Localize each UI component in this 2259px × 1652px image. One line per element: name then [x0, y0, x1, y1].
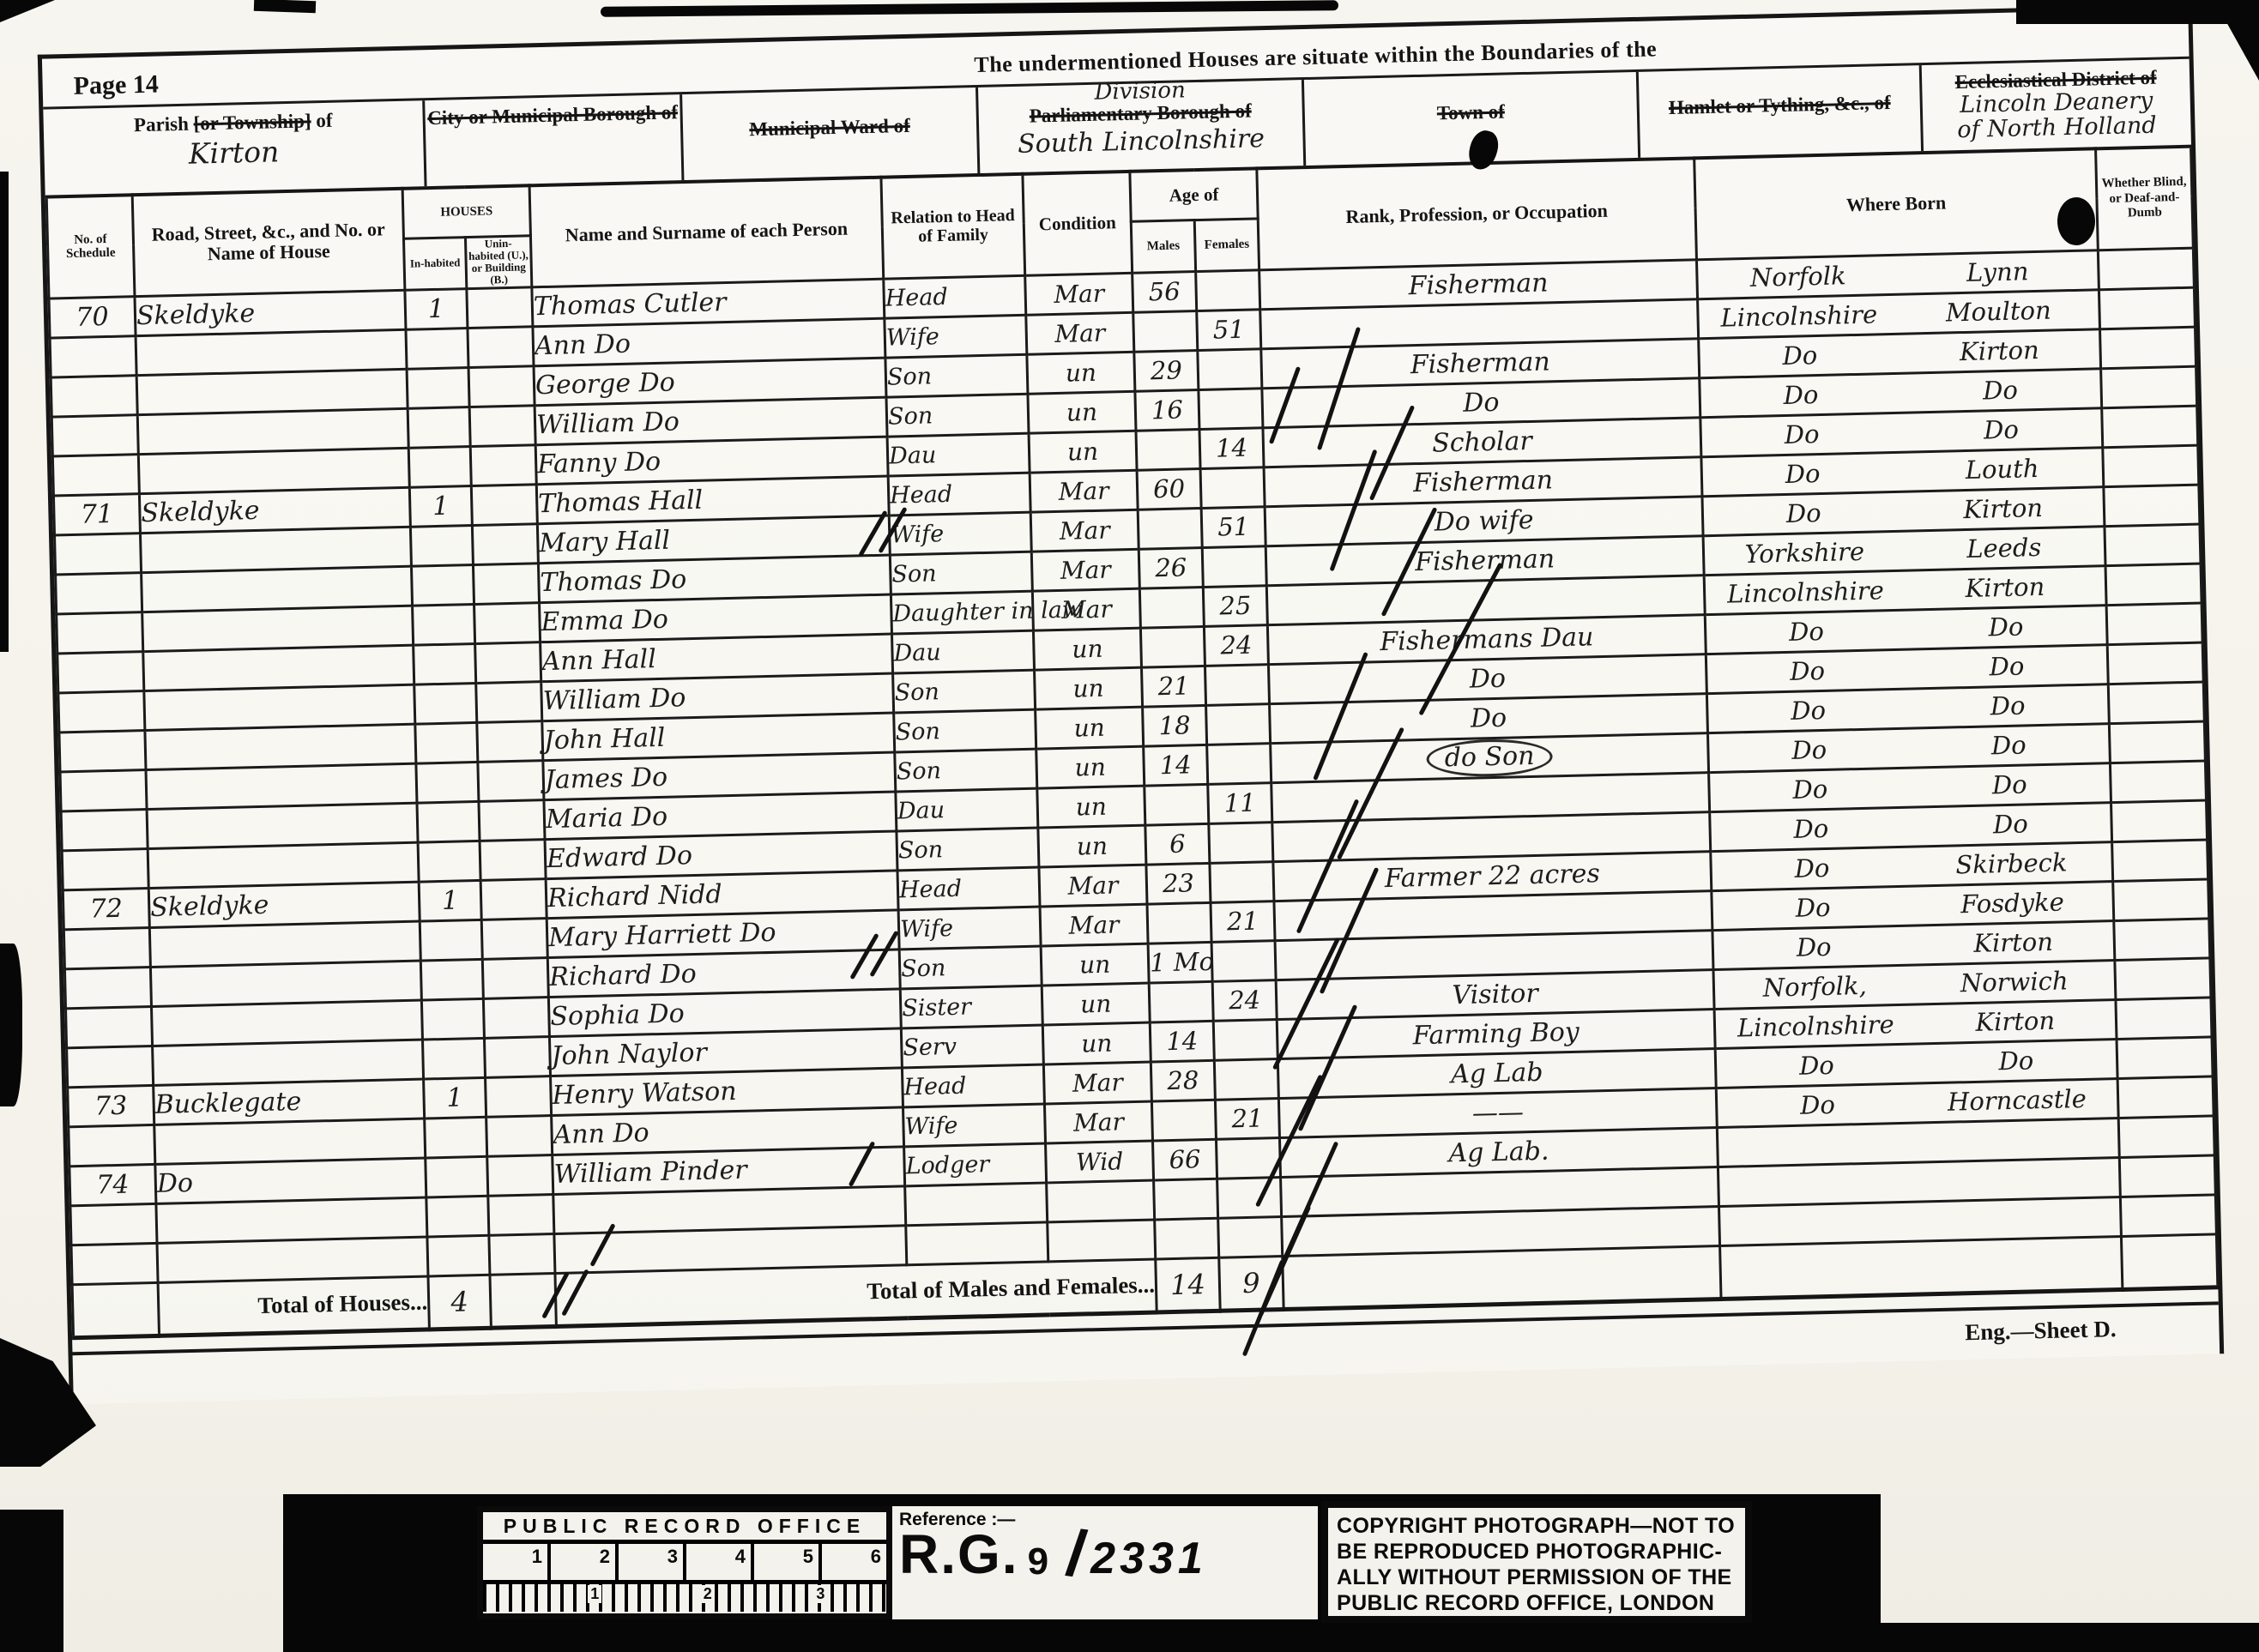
- cell-relation: Head: [888, 473, 1030, 515]
- cell-schedule: 73: [68, 1085, 154, 1126]
- scan-artifact: [0, 172, 9, 652]
- ruler-cm-number: 2: [701, 1585, 715, 1603]
- cell-inhabited: [415, 722, 478, 763]
- copyright-line: PUBLIC RECORD OFFICE, LONDON: [1337, 1590, 1737, 1616]
- cell-address: [153, 1040, 424, 1085]
- cell-uninhabited: [486, 1076, 552, 1117]
- cell-schedule: [56, 572, 142, 613]
- cell-schedule: [51, 414, 138, 455]
- cell-uninhabited: [481, 918, 547, 959]
- cell-age_f: [1199, 388, 1263, 429]
- cell-schedule: [64, 967, 151, 1008]
- cell-inhabited: 1: [409, 485, 472, 527]
- col-header-houses: HOUSES: [402, 185, 530, 238]
- ruler-inch-scale: 1 2 3 4 5 6: [483, 1544, 886, 1584]
- cell-infirm: [2113, 879, 2209, 921]
- cell-age_m: [1133, 311, 1198, 352]
- col-header-condition: Condition: [1023, 172, 1133, 275]
- field-city-borough: City or Municipal Borough of: [425, 94, 684, 186]
- cell-age_f: [1218, 1216, 1283, 1257]
- cell-age_f: [1202, 546, 1266, 587]
- cell-address: [136, 329, 407, 375]
- ruler-inch-number: 3: [619, 1544, 686, 1580]
- total-houses-label: Total of Houses...: [158, 1276, 429, 1335]
- cell-address: [148, 842, 419, 888]
- cell-schedule: 74: [69, 1164, 156, 1205]
- cell-schedule: [61, 809, 148, 850]
- cell-age_f: [1209, 822, 1273, 863]
- reference-piece: 2331: [1090, 1536, 1207, 1581]
- cell-inhabited: [420, 959, 483, 1000]
- field-parish: Parish [or Township] of Kirton: [43, 100, 426, 195]
- total-houses-value: 4: [428, 1275, 491, 1329]
- cell-relation: Son: [886, 394, 1029, 437]
- cell-inhabited: 1: [424, 1077, 486, 1118]
- cell-address: [145, 724, 416, 769]
- cell-uninhabited: [486, 1115, 553, 1156]
- cell-uninhabited: [475, 642, 541, 683]
- cell-condition: Mar: [1043, 1062, 1151, 1104]
- cell-age_m: 60: [1137, 468, 1201, 509]
- cell-condition: Mar: [1025, 273, 1133, 315]
- reference-slash: /: [1064, 1528, 1089, 1582]
- cell-inhabited: [413, 604, 475, 645]
- cell-address: [147, 803, 418, 848]
- cell-uninhabited: [479, 799, 545, 841]
- cell-inhabited: [408, 446, 471, 487]
- cell-address: Skeldyke: [135, 290, 406, 335]
- col-header-relation: Relation to Head of Family: [881, 174, 1025, 279]
- cell-relation: [906, 1222, 1048, 1265]
- totals-empty-born: [1720, 1236, 2123, 1299]
- cell-schedule: [69, 1124, 155, 1166]
- cell-address: [138, 448, 409, 493]
- cell-infirm: [2098, 248, 2194, 290]
- cell-address: [149, 921, 420, 967]
- cell-inhabited: [414, 643, 476, 684]
- col-header-occupation: Rank, Profession, or Occupation: [1257, 158, 1697, 269]
- total-males-value: 14: [1156, 1257, 1220, 1312]
- cell-age_m: 16: [1135, 389, 1199, 431]
- cell-inhabited: [422, 1038, 485, 1079]
- parish-label-struck: [or Township]: [193, 110, 311, 134]
- cell-infirm: [2117, 1076, 2214, 1118]
- cell-inhabited: [411, 564, 474, 606]
- cell-schedule: [51, 375, 137, 416]
- cell-address: [137, 408, 408, 454]
- cell-condition: un: [1037, 786, 1145, 828]
- cell-inhabited: [417, 801, 480, 842]
- cell-age_m: 14: [1150, 1021, 1214, 1062]
- col-header-males: Males: [1131, 220, 1195, 273]
- cell-relation: [905, 1183, 1048, 1226]
- cell-age_m: [1138, 508, 1202, 549]
- cell-condition: Mar: [1039, 865, 1147, 907]
- cell-condition: Wid: [1046, 1141, 1154, 1183]
- cell-infirm: [2099, 287, 2195, 329]
- city-borough-label: City or Municipal Borough of: [425, 101, 680, 130]
- cell-schedule: [70, 1203, 157, 1245]
- cell-relation: Son: [893, 670, 1036, 713]
- cell-relation: Son: [885, 354, 1028, 397]
- cell-age_f: 24: [1204, 624, 1268, 666]
- census-table: No. of Schedule Road, Street, &c., and N…: [45, 145, 2220, 1340]
- cell-relation: Head: [902, 1064, 1044, 1107]
- col-header-name: Name and Surname of each Person: [529, 178, 884, 287]
- copyright-line: BE REPRODUCED PHOTOGRAPHIC-: [1337, 1539, 1737, 1565]
- cell-address: [142, 566, 413, 612]
- cell-relation: Wife: [885, 315, 1027, 358]
- cell-uninhabited: [469, 405, 535, 446]
- totals-empty-occupation: [1283, 1245, 1721, 1309]
- col-header-females: Females: [1194, 218, 1259, 271]
- ruler-inch-number: 5: [754, 1544, 822, 1580]
- cell-age_m: 21: [1142, 666, 1206, 707]
- cell-age_m: [1149, 981, 1213, 1022]
- cell-address: [157, 1237, 428, 1282]
- cell-schedule: 72: [63, 888, 149, 929]
- municipal-ward-label: Municipal Ward of: [682, 94, 976, 142]
- cell-uninhabited: [477, 720, 543, 762]
- cell-inhabited: [421, 998, 484, 1040]
- cell-relation: Serv: [901, 1025, 1043, 1068]
- cell-age_m: [1140, 626, 1205, 667]
- cell-age_m: 23: [1146, 863, 1211, 904]
- cell-schedule: [63, 927, 150, 968]
- field-hamlet: Hamlet or Tything, &c., of: [1639, 65, 1924, 158]
- col-header-schedule: No. of Schedule: [46, 195, 135, 298]
- cell-condition: Mar: [1030, 470, 1138, 512]
- cell-inhabited: [416, 762, 479, 803]
- ruler-inch-number: 2: [551, 1544, 619, 1580]
- cell-address: [154, 1118, 426, 1164]
- cell-inhabited: [426, 1196, 489, 1237]
- cell-relation: Head: [884, 275, 1026, 318]
- cell-age_f: 51: [1197, 310, 1261, 351]
- cell-age_m: 66: [1153, 1139, 1217, 1180]
- cell-condition: un: [1027, 352, 1135, 394]
- cell-infirm: [2120, 1195, 2216, 1237]
- cell-inhabited: [406, 328, 468, 369]
- pro-ruler-stamp: PUBLIC RECORD OFFICE 1 2 3 4 5 6 1 2 3: [477, 1506, 892, 1619]
- cell-condition: un: [1033, 628, 1141, 670]
- cell-schedule: 70: [49, 296, 136, 337]
- cell-schedule: [60, 769, 147, 811]
- cell-uninhabited: [467, 287, 533, 329]
- ruler-inch-number: 6: [822, 1544, 886, 1580]
- cell-age_m: 6: [1145, 823, 1210, 865]
- ruler-cm-scale: 1 2 3: [483, 1584, 886, 1612]
- cell-relation: Son: [897, 828, 1039, 871]
- cell-uninhabited: [474, 602, 541, 643]
- cell-uninhabited: [478, 760, 544, 801]
- page-number-label: Page 14: [42, 63, 443, 107]
- scan-artifact: [0, 944, 22, 1106]
- reference-class: 9: [1028, 1543, 1048, 1581]
- cell-age_f: [1198, 348, 1262, 389]
- cell-schedule: [58, 690, 145, 732]
- cell-inhabited: [425, 1117, 487, 1158]
- cell-schedule: [66, 1006, 153, 1047]
- cell-schedule: [57, 651, 144, 692]
- cell-age_m: [1136, 429, 1200, 470]
- col-header-infirm: Whether Blind, or Deaf-and-Dumb: [2096, 147, 2194, 250]
- field-ecclesiastical: Ecclesiastical District of Lincoln Deane…: [1922, 59, 2191, 151]
- cell-condition: Mar: [1044, 1101, 1152, 1143]
- cell-infirm: [2109, 721, 2205, 763]
- cell-condition: Mar: [1026, 312, 1134, 354]
- cell-infirm: [2119, 1155, 2215, 1197]
- cell-infirm: [2117, 1037, 2213, 1079]
- totals-empty-infirm: [2121, 1234, 2217, 1290]
- ink-blot: [2057, 197, 2095, 245]
- cell-infirm: [2114, 919, 2210, 961]
- cell-age_f: 14: [1199, 427, 1264, 468]
- field-parliamentary: Division Parliamentary Borough of South …: [978, 80, 1306, 173]
- parliamentary-value: South Lincolnshire: [979, 124, 1303, 161]
- cell-infirm: [2103, 445, 2199, 487]
- cell-age_m: 14: [1144, 745, 1208, 786]
- cell-infirm: [2107, 642, 2203, 684]
- cell-condition: [1047, 1180, 1155, 1222]
- scan-artifact: [254, 0, 316, 13]
- cell-condition: un: [1038, 825, 1146, 867]
- cell-relation: Wife: [903, 1104, 1046, 1147]
- cell-uninhabited: [476, 681, 542, 722]
- cell-inhabited: 1: [419, 880, 481, 921]
- cell-age_m: [1151, 1100, 1216, 1141]
- cell-condition: un: [1036, 707, 1144, 749]
- cell-inhabited: [410, 525, 473, 566]
- col-header-born: Where Born: [1694, 148, 2099, 259]
- cell-relation: Dau: [887, 433, 1030, 476]
- cell-schedule: [50, 335, 136, 377]
- cell-age_m: 28: [1151, 1060, 1215, 1101]
- cell-age_f: [1214, 1058, 1278, 1100]
- cell-address: Do: [155, 1158, 426, 1203]
- cell-age_f: [1206, 703, 1271, 745]
- cell-age_f: [1211, 940, 1276, 981]
- cell-condition: un: [1042, 1022, 1151, 1064]
- cell-relation: Daughter in law: [891, 591, 1033, 634]
- cell-age_f: [1207, 743, 1271, 784]
- cell-address: [142, 606, 414, 651]
- cell-infirm: [2105, 524, 2201, 566]
- cell-uninhabited: [482, 957, 548, 998]
- cell-uninhabited: [488, 1194, 554, 1235]
- census-form: Page 14 The undermentioned Houses are si…: [38, 4, 2224, 1404]
- cell-uninhabited: [472, 523, 538, 564]
- col-header-inhabited: In-habited: [403, 237, 466, 290]
- cell-age_m: 18: [1143, 705, 1207, 746]
- cell-age_f: [1213, 1019, 1277, 1060]
- cell-age_f: 24: [1212, 980, 1277, 1021]
- cell-relation: Son: [890, 552, 1032, 594]
- cell-age_f: [1217, 1177, 1282, 1218]
- col-header-uninhabited: Unin-habited (U.), or Building (B.): [465, 235, 531, 288]
- parish-label-pre: Parish: [134, 113, 194, 136]
- cell-infirm: [2111, 800, 2208, 842]
- parish-label-post: of: [311, 110, 333, 132]
- cell-age_m: [1155, 1218, 1219, 1259]
- ruler-cm-number: 3: [813, 1585, 827, 1603]
- cell-schedule: [59, 730, 146, 771]
- cell-uninhabited: [489, 1233, 555, 1275]
- cell-age_m: 26: [1139, 547, 1203, 588]
- cell-schedule: [62, 848, 148, 889]
- ecclesiastical-value-line2: of North Holland: [1923, 112, 2191, 143]
- cell-address: [151, 1000, 422, 1046]
- cell-relation: Dau: [892, 630, 1035, 673]
- cell-age_f: [1205, 664, 1269, 705]
- cell-infirm: [2106, 603, 2202, 645]
- cell-condition: un: [1028, 391, 1136, 433]
- cell-address: Skeldyke: [139, 487, 410, 533]
- cell-inhabited: [420, 919, 482, 961]
- cell-infirm: [2118, 1116, 2214, 1158]
- cell-schedule: [57, 612, 143, 653]
- cell-address: Skeldyke: [148, 882, 420, 927]
- cell-relation: Lodger: [904, 1143, 1047, 1186]
- cell-relation: Wife: [889, 512, 1031, 555]
- cell-infirm: [2102, 406, 2198, 448]
- totals-empty-uninhabited: [490, 1273, 556, 1328]
- cell-address: [150, 961, 421, 1006]
- bottom-black-bar: [283, 1623, 2259, 1652]
- cell-address: [136, 369, 408, 414]
- reference-series: R.G.: [899, 1528, 1019, 1581]
- ruler-inch-number: 1: [483, 1544, 551, 1580]
- town-label: Town of: [1304, 79, 1637, 129]
- cell-age_f: 21: [1215, 1098, 1279, 1139]
- cell-uninhabited: [468, 326, 534, 367]
- cell-condition: Mar: [1040, 904, 1148, 946]
- cell-inhabited: [408, 407, 470, 448]
- cell-inhabited: [407, 367, 469, 408]
- cell-uninhabited: [473, 563, 539, 604]
- ruler-inch-number: 4: [686, 1544, 754, 1580]
- cell-address: [156, 1197, 427, 1243]
- cell-schedule: [71, 1243, 158, 1284]
- hamlet-label: Hamlet or Tything, &c., of: [1639, 72, 1920, 120]
- cell-age_f: 51: [1201, 506, 1265, 547]
- cell-inhabited: [427, 1235, 490, 1276]
- cell-address: Bucklegate: [154, 1079, 425, 1124]
- cell-age_f: 11: [1208, 782, 1272, 823]
- cell-schedule: [55, 533, 142, 574]
- cell-address: [143, 645, 414, 690]
- cell-uninhabited: [487, 1155, 553, 1196]
- scan-artifact: [0, 1510, 63, 1652]
- cell-relation: Wife: [898, 907, 1041, 950]
- cell-age_m: 29: [1134, 350, 1199, 391]
- cell-infirm: [2112, 840, 2208, 882]
- cell-inhabited: [414, 683, 477, 724]
- cell-condition: un: [1041, 944, 1149, 986]
- census-rows: 70Skeldyke1Thomas CutlerHeadMar56Fisherm…: [49, 248, 2216, 1285]
- cell-uninhabited: [471, 484, 537, 525]
- cell-address: [146, 763, 417, 809]
- ruler-cm-number: 1: [588, 1585, 601, 1603]
- cell-age_m: [1154, 1179, 1218, 1220]
- cell-inhabited: 1: [405, 288, 468, 329]
- cell-schedule: 71: [53, 493, 140, 534]
- cell-infirm: [2104, 485, 2200, 527]
- cell-infirm: [2116, 998, 2212, 1040]
- cell-relation: Sister: [900, 986, 1042, 1028]
- cell-condition: Mar: [1031, 549, 1139, 591]
- cell-age_m: 1 Mo: [1148, 942, 1212, 983]
- cell-age_m: 56: [1133, 271, 1197, 312]
- cell-address: [144, 684, 415, 730]
- cell-infirm: [2100, 327, 2196, 369]
- cell-age_f: [1200, 467, 1265, 508]
- copyright-line: COPYRIGHT PHOTOGRAPH—NOT TO: [1337, 1513, 1737, 1539]
- cell-age_f: [1210, 861, 1274, 902]
- reference-number: R.G. 9 / 2331: [899, 1528, 1311, 1581]
- reference-stamp: Reference :— R.G. 9 / 2331: [892, 1506, 1318, 1619]
- parish-value: Kirton: [44, 132, 424, 174]
- cell-schedule: [67, 1046, 154, 1087]
- cell-condition: [1048, 1220, 1156, 1262]
- cell-age_f: 21: [1211, 901, 1275, 942]
- cell-uninhabited: [468, 365, 535, 407]
- cell-age_m: [1145, 784, 1209, 825]
- field-municipal-ward: Municipal Ward of: [682, 87, 980, 180]
- cell-infirm: [2110, 761, 2206, 803]
- cell-address: [140, 527, 411, 572]
- cell-relation: Dau: [896, 788, 1038, 831]
- cell-age_m: [1139, 587, 1204, 628]
- copyright-line: ALLY WITHOUT PERMISSION OF THE: [1337, 1565, 1737, 1590]
- cell-uninhabited: [483, 997, 549, 1038]
- totals-empty-schedule: [72, 1282, 159, 1337]
- cell-uninhabited: [470, 444, 536, 485]
- cell-schedule: [52, 454, 139, 495]
- cell-condition: Mar: [1030, 509, 1139, 552]
- cell-relation: Son: [899, 946, 1042, 989]
- cell-age_f: 25: [1203, 585, 1267, 626]
- cell-uninhabited: [484, 1036, 550, 1077]
- col-header-age: Age of: [1130, 168, 1258, 220]
- cell-uninhabited: [480, 878, 547, 919]
- cell-relation: Son: [894, 709, 1036, 752]
- copyright-stamp: COPYRIGHT PHOTOGRAPH—NOT TO BE REPRODUCE…: [1321, 1501, 1752, 1623]
- cell-condition: un: [1029, 431, 1137, 473]
- scan-artifact: [2016, 0, 2259, 24]
- cell-infirm: [2115, 958, 2211, 1000]
- cell-relation: Son: [895, 749, 1037, 792]
- cell-infirm: [2105, 564, 2202, 606]
- cell-age_m: [1147, 902, 1211, 944]
- cell-inhabited: [418, 841, 480, 882]
- cell-condition: un: [1042, 983, 1150, 1025]
- cell-infirm: [2108, 682, 2204, 724]
- cell-infirm: [2101, 366, 2197, 408]
- col-header-road: Road, Street, &c., and No. or Name of Ho…: [132, 189, 405, 297]
- cell-condition: un: [1036, 746, 1145, 788]
- cell-age_f: [1196, 270, 1260, 311]
- cell-uninhabited: [480, 839, 546, 880]
- cell-inhabited: [426, 1156, 488, 1197]
- cell-relation: Head: [897, 867, 1040, 910]
- cell-condition: un: [1035, 667, 1143, 709]
- pro-office-label: PUBLIC RECORD OFFICE: [483, 1512, 886, 1544]
